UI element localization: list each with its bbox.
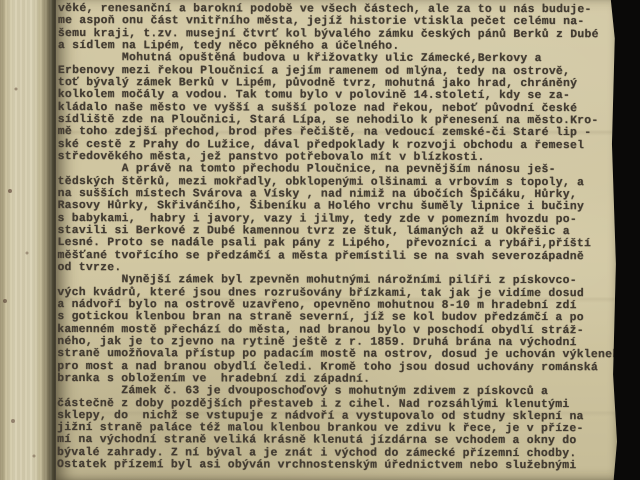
text-line: straně umožňovala přístup po padacím mos… [57, 348, 614, 361]
text-line: s gotickou klenbou bran na straně severn… [57, 311, 614, 324]
text-line: s babykami, habry i javory, vazy i jilmy… [58, 213, 615, 226]
text-line: Lesné. Proto se nadále psali pak pány z … [57, 237, 614, 250]
text-line: mě toho zdejší přechod, brod přes řečišt… [58, 126, 615, 139]
text-line: Nynější zámek byl zpevněn mohutnými náro… [57, 274, 614, 287]
text-line: kamenném mostě přechází do města, nad br… [57, 324, 614, 337]
text-line: kládalo naše město ve vyšší a sušší polo… [58, 102, 615, 115]
text-line: kolkolem močály a vodou. Tak tomu bylo v… [58, 89, 615, 102]
text-line: Rasovy Hůrky, Skřivánčího, Šibeníku a Ho… [58, 200, 615, 213]
text-line: me aspoň onu část vnitřního města, jejíž… [58, 15, 615, 28]
text-line: tědských štěrků, mezi mokřadly, obklopen… [58, 176, 615, 189]
text-line: Mohutná opuštěná budova u křižovatky uli… [58, 52, 615, 65]
typewritten-text: věké, renesanční a barokní podobě ve vše… [57, 3, 615, 473]
underlying-page-edge [0, 0, 56, 480]
text-line: šemu kraji, t.zv. musejní čtvrť kol býva… [58, 28, 615, 41]
text-line: Erbenovy mezi řekou Ploučnicí a jejím ra… [58, 65, 615, 78]
text-line: Ostatek přízemí byl asi obýván vrchnoste… [57, 459, 614, 472]
text-line: A právě na tomto přechodu Ploučnice, na … [58, 163, 615, 176]
text-line: částečně z doby pozdějších přestaveb i z… [57, 397, 614, 410]
document-page: věké, renesanční a barokní podobě ve vše… [56, 0, 617, 480]
text-line: Zámek č. 63 je dvouposchoďový s mohutným… [57, 385, 614, 398]
text-line: ské cestě z Prahy do Lužice, dával předp… [58, 139, 615, 152]
scanned-document: věké, renesanční a barokní podobě ve vše… [0, 0, 640, 480]
text-line: pro most a nad branou obydlí čeledi. Kro… [57, 361, 614, 374]
text-line: vých kvádrů, které jsou dnes rozrušovány… [57, 287, 614, 300]
text-line: mí na východní straně veliká krásně klen… [57, 434, 614, 447]
paper-specks [0, 0, 2, 2]
text-line: měšťané tvořícího se předzámčí a města p… [57, 250, 614, 263]
